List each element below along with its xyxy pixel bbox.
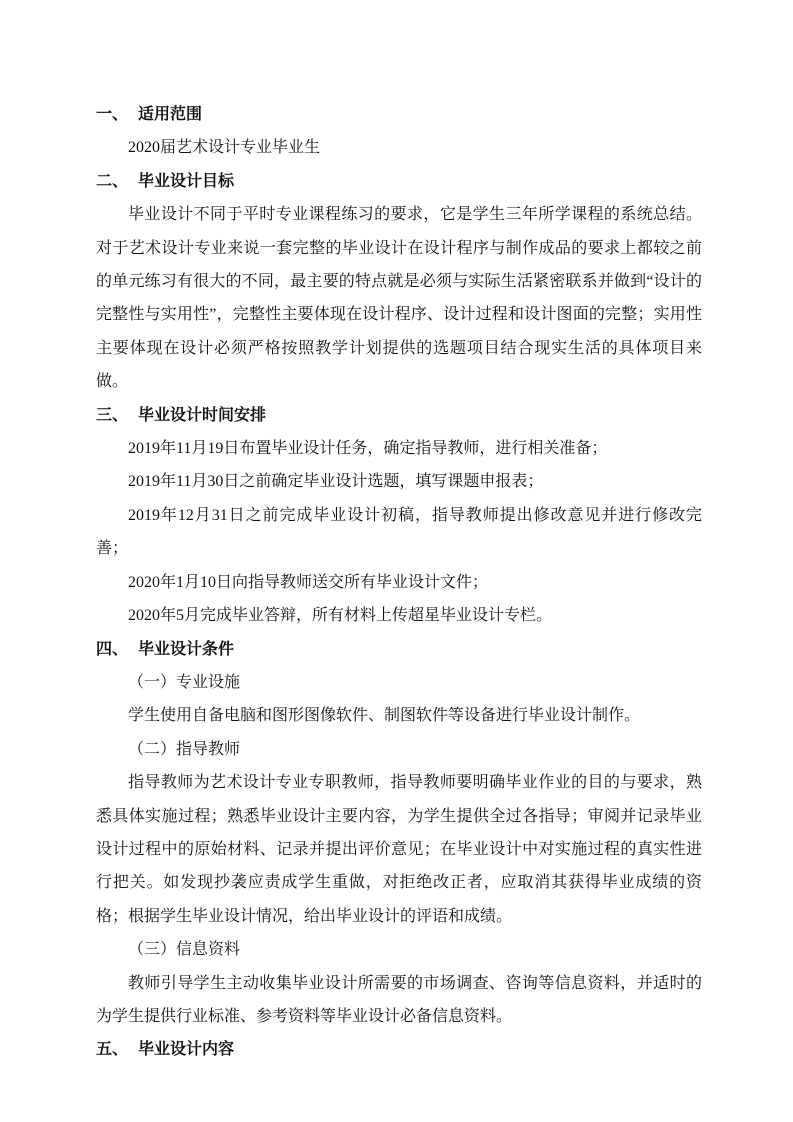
subheading-information: （三）信息资料 bbox=[96, 933, 702, 966]
para-advisors: 指导教师为艺术设计专业专职教师，指导教师要明确毕业作业的目的与要求，熟悉具体实施… bbox=[96, 766, 702, 933]
subheading-facilities: （一）专业设施 bbox=[96, 666, 702, 699]
section-title: 毕业设计时间安排 bbox=[138, 407, 266, 424]
section-title: 毕业设计条件 bbox=[138, 641, 234, 658]
para-facilities: 学生使用自备电脑和图形图像软件、制图软件等设备进行毕业设计制作。 bbox=[96, 699, 702, 732]
section-heading-schedule: 三、毕业设计时间安排 bbox=[96, 399, 702, 432]
section-number: 三、 bbox=[96, 407, 128, 424]
schedule-item-4: 2020年1月10日向指导教师送交所有毕业设计文件； bbox=[96, 566, 702, 599]
para-goals: 毕业设计不同于平时专业课程练习的要求，它是学生三年所学课程的系统总结。对于艺术设… bbox=[96, 198, 702, 398]
document-page: 一、适用范围 2020届艺术设计专业毕业生 二、毕业设计目标 毕业设计不同于平时… bbox=[0, 0, 793, 1122]
schedule-item-1: 2019年11月19日布置毕业设计任务，确定指导教师，进行相关准备； bbox=[96, 432, 702, 465]
section-heading-goals: 二、毕业设计目标 bbox=[96, 165, 702, 198]
section-number: 五、 bbox=[96, 1041, 128, 1058]
document-content: 一、适用范围 2020届艺术设计专业毕业生 二、毕业设计目标 毕业设计不同于平时… bbox=[96, 98, 702, 1067]
para-scope-students: 2020届艺术设计专业毕业生 bbox=[96, 131, 702, 164]
section-number: 四、 bbox=[96, 641, 128, 658]
section-title: 适用范围 bbox=[138, 106, 202, 123]
schedule-item-2: 2019年11月30日之前确定毕业设计选题，填写课题申报表； bbox=[96, 465, 702, 498]
section-number: 二、 bbox=[96, 173, 128, 190]
para-information: 教师引导学生主动收集毕业设计所需要的市场调查、咨询等信息资料，并适时的为学生提供… bbox=[96, 967, 702, 1034]
section-title: 毕业设计内容 bbox=[138, 1041, 234, 1058]
section-title: 毕业设计目标 bbox=[138, 173, 234, 190]
section-heading-scope: 一、适用范围 bbox=[96, 98, 702, 131]
subheading-advisors: （二）指导教师 bbox=[96, 733, 702, 766]
section-heading-content: 五、毕业设计内容 bbox=[96, 1033, 702, 1066]
schedule-item-5: 2020年5月完成毕业答辩，所有材料上传超星毕业设计专栏。 bbox=[96, 599, 702, 632]
section-heading-conditions: 四、毕业设计条件 bbox=[96, 633, 702, 666]
schedule-item-3: 2019年12月31日之前完成毕业设计初稿，指导教师提出修改意见并进行修改完善； bbox=[96, 499, 702, 566]
section-number: 一、 bbox=[96, 106, 128, 123]
